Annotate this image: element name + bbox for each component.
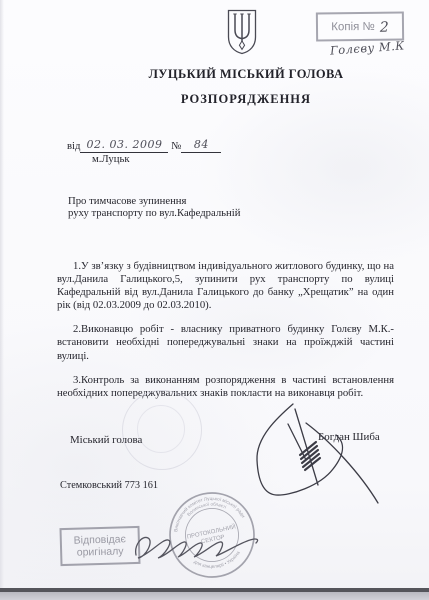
executor-contact: Стемковський 773 161 [60,480,158,491]
subject-line2: руху транспорту по вул.Кафедральній [68,208,240,220]
ukraine-coat-of-arms-icon [227,9,257,55]
copy-stamp-number-handwritten: 2 [380,19,389,35]
paragraph-1: 1.У зв’язку з будівництвом індивідуально… [57,260,394,312]
signer-position: Міський голова [70,434,142,446]
faint-stamp-impression [122,390,202,470]
org-title: ЛУЦЬКИЙ МІСЬКИЙ ГОЛОВА [63,67,429,82]
scanned-document-page: Копія № 2 Голєву М.К ЛУЦЬКИЙ МІСЬКИЙ ГОЛ… [0,0,429,600]
handwritten-doc-number: 84 [194,138,209,151]
doc-type-title: РОЗПОРЯДЖЕННЯ [63,92,429,107]
paragraph-3: 3.Контроль за виконанням розпорядження в… [57,374,394,400]
handwritten-recipient: Голєву М.К [330,38,405,57]
faint-stamp-inner-circle [137,405,185,453]
paragraph-2: 2.Виконавцю робіт - власнику приватного … [57,323,394,362]
true-copy-stamp-line2: оригіналу [77,545,124,558]
copy-stamp-label: Копія № [331,20,375,32]
city-label: м.Луцьк [92,153,130,165]
date-line: від02. 03. 2009 №84 [67,139,221,153]
date-from-label: від [67,140,80,152]
scan-left-edge [0,0,4,600]
clerk-handwritten-signature [128,527,268,569]
mayor-handwritten-signature [248,397,388,509]
copy-number-stamp: Копія № 2 [316,12,404,42]
handwritten-date: 02. 03. 2009 [86,138,162,151]
number-label: № [171,140,181,152]
subject-block: Про тимчасове зупинення руху транспорту … [68,196,240,219]
scan-background-strip [0,592,429,600]
body-paragraphs: 1.У зв’язку з будівництвом індивідуально… [57,260,394,411]
subject-line1: Про тимчасове зупинення [68,196,240,208]
